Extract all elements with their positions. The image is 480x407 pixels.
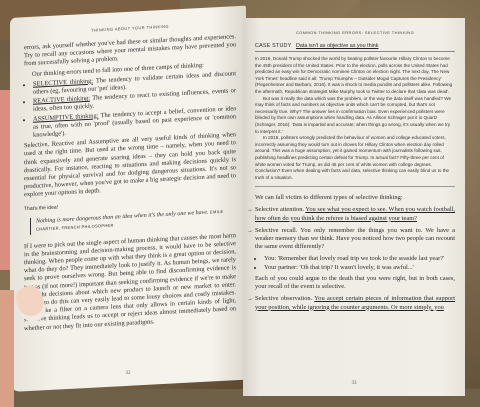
summary-paragraph: Selective, Reactive and Assumptive are a… [24, 131, 236, 200]
case-paragraph: In 2016, pollsters wrongly predicted the… [255, 135, 455, 181]
type-item: → Selective attention. You see what you … [255, 206, 455, 222]
quote-text: Nothing is more dangerous than an idea w… [36, 209, 209, 224]
observation-item: → Selective observation. You accept cert… [255, 295, 455, 311]
handwritten-arrow-icon: → [247, 295, 253, 303]
camps-list: SELECTIVE thinking: The tendency to vali… [24, 70, 236, 141]
page-number-right: 33 [243, 381, 465, 386]
open-book: Thinking about your thinking errors, ask… [0, 0, 480, 407]
dialogue-line: You: 'Remember that lovely road trip we … [264, 255, 455, 263]
type-term: Selective recall. [255, 227, 297, 234]
case-paragraph: But was it really the data which was the… [255, 96, 455, 136]
recall-conclusion: Each of you could argue to the death tha… [255, 275, 455, 291]
type-term: Selective observation. [255, 295, 312, 302]
case-study-divider [255, 186, 455, 187]
running-head: Common thinking errors: selective thinki… [255, 30, 455, 35]
hand-palm [0, 290, 14, 407]
case-paragraph: In 2016, Donald Trump shocked the world … [255, 56, 455, 96]
quote-block: Nothing is more dangerous than an idea w… [30, 207, 236, 235]
dialogue-list: You: 'Remember that lovely road trip we … [255, 255, 455, 272]
dialogue-line: Your partner: 'Oh that trip? It wasn't l… [264, 264, 455, 272]
types-intro: We can fall victim to different types of… [255, 194, 455, 202]
page-edge-stack [0, 90, 10, 270]
type-item: → Selective recall. You only remember th… [255, 227, 455, 252]
case-study-title: Data isn't as objective as you think [296, 43, 379, 49]
type-term: Selective attention. [255, 206, 304, 213]
case-study-heading: CASE STUDY Data isn't as objective as yo… [255, 43, 455, 52]
handwritten-arrow-icon: → [247, 206, 253, 214]
case-study-label: CASE STUDY [255, 43, 291, 49]
left-page: Thinking about your thinking errors, ask… [10, 6, 246, 392]
closing-paragraph: If I were to pick out the single aspect … [24, 232, 236, 333]
page-number-left: 32 [10, 365, 246, 382]
right-page: Common thinking errors: selective thinki… [243, 18, 465, 396]
handwritten-arrow-icon: → [247, 227, 253, 235]
